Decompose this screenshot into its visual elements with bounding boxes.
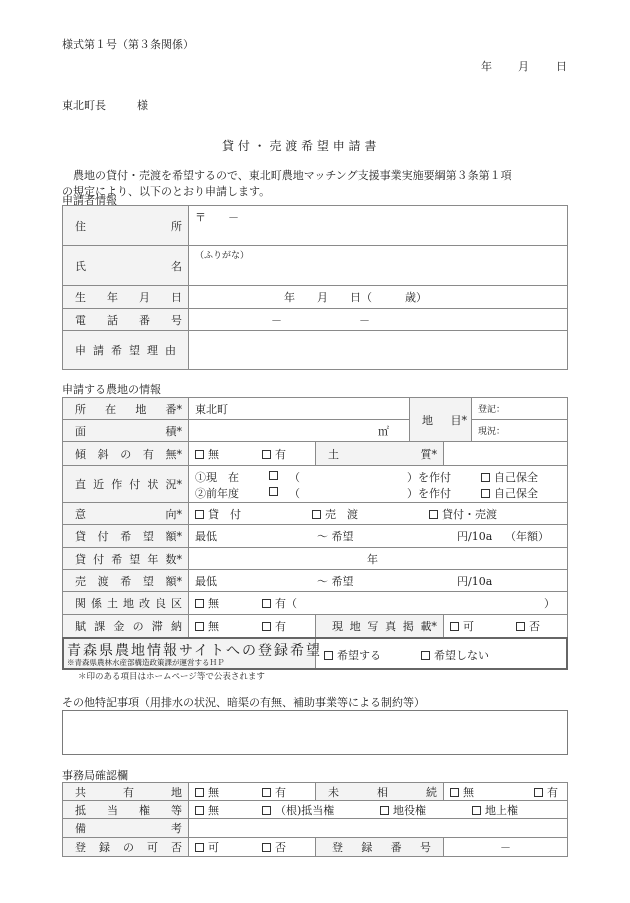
phone-label: 電話番号 xyxy=(62,308,189,331)
area-field[interactable]: ㎡ xyxy=(188,419,410,442)
intent-field: 貸 付 売 渡 貸付・売渡 xyxy=(188,502,568,525)
years-unit: 年 xyxy=(367,551,378,567)
easement-checkbox[interactable]: 地役権 xyxy=(380,802,426,818)
mortgage-label: 抵当権等 xyxy=(62,800,189,819)
name-label: 氏名 xyxy=(62,245,189,286)
cropping-current-label: ①現 在 xyxy=(195,469,239,485)
slope-label: 傾斜の有無* xyxy=(62,441,189,466)
intent-label: 意向* xyxy=(62,502,189,525)
date-year-label: 年 xyxy=(481,58,492,74)
slope-field: 無 有 xyxy=(188,441,316,466)
registration-wish-yes-checkbox[interactable]: 希望する xyxy=(324,647,381,663)
min-label: 最低 xyxy=(195,528,217,544)
cropping-current-self-preserve-checkbox[interactable]: 自己保全 xyxy=(481,469,538,485)
birthdate-template: 年 月 日（ 歳） xyxy=(284,289,427,305)
public-disclosure-footnote: ＊印のある項目はホームページ等で公表されます xyxy=(78,670,265,682)
inheritance-none-checkbox[interactable]: 無 xyxy=(450,784,474,800)
soil-label: 土質* xyxy=(315,441,444,466)
registration-wish-sublabel: ※青森県農林水産部構造政策課が運営するＨＰ xyxy=(67,657,225,668)
soil-field[interactable] xyxy=(443,441,568,466)
date-day-label: 日 xyxy=(556,58,567,74)
remarks-field[interactable] xyxy=(188,818,568,838)
superficies-checkbox[interactable]: 地上権 xyxy=(472,802,518,818)
registration-reject-checkbox[interactable]: 否 xyxy=(262,839,286,855)
annual-note: （年額） xyxy=(505,528,549,544)
intent-lease-checkbox[interactable]: 貸 付 xyxy=(195,506,241,522)
unsettled-inheritance-label: 未相続 xyxy=(315,782,444,801)
location-field[interactable]: 東北町 xyxy=(188,397,410,420)
slope-none-checkbox[interactable]: 無 xyxy=(195,446,219,462)
mortgage-root-checkbox[interactable]: （根)抵当権 xyxy=(262,802,334,818)
farmland-section-title: 申請する農地の情報 xyxy=(62,381,161,397)
photo-field: 可 否 xyxy=(443,614,568,638)
cropping-previous-checkbox[interactable] xyxy=(269,485,282,498)
improvement-yes-checkbox[interactable]: 有（ xyxy=(262,595,297,611)
paren: （ xyxy=(289,485,300,501)
crop-suffix: ）を作付 xyxy=(407,485,451,501)
mortgage-field: 無 （根)抵当権 地役権 地上権 xyxy=(188,800,568,819)
document-title: 貸 付 ・ 売 渡 希 望 申 請 書 xyxy=(222,137,376,154)
shared-land-field: 無 有 xyxy=(188,782,316,801)
slope-yes-checkbox[interactable]: 有 xyxy=(262,446,286,462)
registration-approval-label: 登録の可否 xyxy=(62,837,189,857)
inheritance-yes-checkbox[interactable]: 有 xyxy=(534,784,558,800)
date-month-label: 月 xyxy=(518,58,529,74)
improvement-district-field: 無 有（ ） xyxy=(188,591,568,615)
land-category-label: 地目* xyxy=(409,397,472,442)
lease-years-label: 貸付希望年数* xyxy=(62,547,189,570)
shared-land-yes-checkbox[interactable]: 有 xyxy=(262,784,286,800)
photo-deny-checkbox[interactable]: 否 xyxy=(516,618,540,634)
land-category-registered-field[interactable]: 登記： xyxy=(471,397,568,420)
intent-sale-checkbox[interactable]: 売 渡 xyxy=(312,506,358,522)
crop-suffix: ）を作付 xyxy=(407,469,451,485)
improvement-district-label: 関係土地改良区 xyxy=(62,591,189,615)
paren-close: ） xyxy=(544,595,555,611)
levy-arrears-field: 無 有 xyxy=(188,614,316,638)
unsettled-inheritance-field: 無 有 xyxy=(443,782,568,801)
phone-template: － － xyxy=(271,312,370,328)
address-label: 住所 xyxy=(62,205,189,246)
levy-arrears-label: 賦課金の滞納 xyxy=(62,614,189,638)
office-section-title: 事務局確認欄 xyxy=(62,767,128,783)
registration-number-dash: － xyxy=(500,839,511,855)
furigana-label: （ふりがな） xyxy=(195,248,249,261)
birthdate-field[interactable]: 年 月 日（ 歳） xyxy=(188,285,568,309)
cropping-current-checkbox[interactable] xyxy=(269,469,282,482)
remarks-label: 備考 xyxy=(62,818,189,838)
postal-mark: 〒 － xyxy=(195,209,239,225)
levy-yes-checkbox[interactable]: 有 xyxy=(262,618,286,634)
cropping-previous-label: ②前年度 xyxy=(195,485,239,501)
honorific: 様 xyxy=(137,97,148,113)
registration-approve-checkbox[interactable]: 可 xyxy=(195,839,219,855)
shared-land-none-checkbox[interactable]: 無 xyxy=(195,784,219,800)
location-prefix: 東北町 xyxy=(195,401,228,417)
levy-none-checkbox[interactable]: 無 xyxy=(195,618,219,634)
improvement-none-checkbox[interactable]: 無 xyxy=(195,595,219,611)
intent-both-checkbox[interactable]: 貸付・売渡 xyxy=(429,506,497,522)
photo-label: 現地写真掲載* xyxy=(315,614,444,638)
land-category-current-field[interactable]: 現況： xyxy=(471,419,568,442)
location-label: 所在地番* xyxy=(62,397,189,420)
shared-land-label: 共有地 xyxy=(62,782,189,801)
sale-price-label: 売渡希望額* xyxy=(62,569,189,592)
wish-label: ～ 希望 xyxy=(317,528,354,544)
registration-approval-field: 可 否 xyxy=(188,837,316,857)
area-unit: ㎡ xyxy=(378,423,389,439)
lease-price-label: 貸付希望額* xyxy=(62,524,189,548)
addressee: 東北町長 xyxy=(62,97,106,113)
lease-years-field[interactable]: 年 xyxy=(188,547,568,570)
wish-label: ～ 希望 xyxy=(317,573,354,589)
area-label: 面積* xyxy=(62,419,189,442)
paren: （ xyxy=(289,469,300,485)
intro-line-1: 農地の貸付・売渡を希望するので、東北町農地マッチング支援事業実施要綱第３条第１項 xyxy=(62,167,512,183)
price-unit: 円/10a xyxy=(457,573,492,589)
cropping-label: 直近作付状況* xyxy=(62,465,189,503)
address-field[interactable]: 〒 － xyxy=(188,205,568,246)
form-number: 様式第１号（第３条関係） xyxy=(62,36,194,52)
sale-price-field[interactable]: 最低 ～ 希望 円/10a xyxy=(188,569,568,592)
registration-number-field[interactable]: － xyxy=(443,837,568,857)
registration-wish-label-cell: 青森県農地情報サイトへの登録希望 ※青森県農林水産部構造政策課が運営するＨＰ xyxy=(64,639,316,668)
other-notes-title: その他特記事項（用排水の状況、暗渠の有無、補助事業等による制約等） xyxy=(62,694,425,710)
mortgage-none-checkbox[interactable]: 無 xyxy=(195,802,219,818)
price-unit: 円/10a xyxy=(457,528,492,544)
cropping-previous-self-preserve-checkbox[interactable]: 自己保全 xyxy=(481,485,538,501)
reason-label: 申請希望理由 xyxy=(62,330,189,370)
registration-wish-no-checkbox[interactable]: 希望しない xyxy=(421,647,489,663)
registration-number-label: 登録番号 xyxy=(315,837,444,857)
other-notes-field[interactable] xyxy=(62,710,568,755)
lease-price-field[interactable]: 最低 ～ 希望 円/10a （年額） xyxy=(188,524,568,548)
photo-allow-checkbox[interactable]: 可 xyxy=(450,618,474,634)
reason-field[interactable] xyxy=(188,330,568,370)
phone-field[interactable]: － － xyxy=(188,308,568,331)
name-field[interactable]: （ふりがな） xyxy=(188,245,568,286)
min-label: 最低 xyxy=(195,573,217,589)
cropping-field: ①現 在 （ ）を作付 自己保全 ②前年度 （ ）を作付 自己保全 xyxy=(188,465,568,503)
birthdate-label: 生年月日 xyxy=(62,285,189,309)
